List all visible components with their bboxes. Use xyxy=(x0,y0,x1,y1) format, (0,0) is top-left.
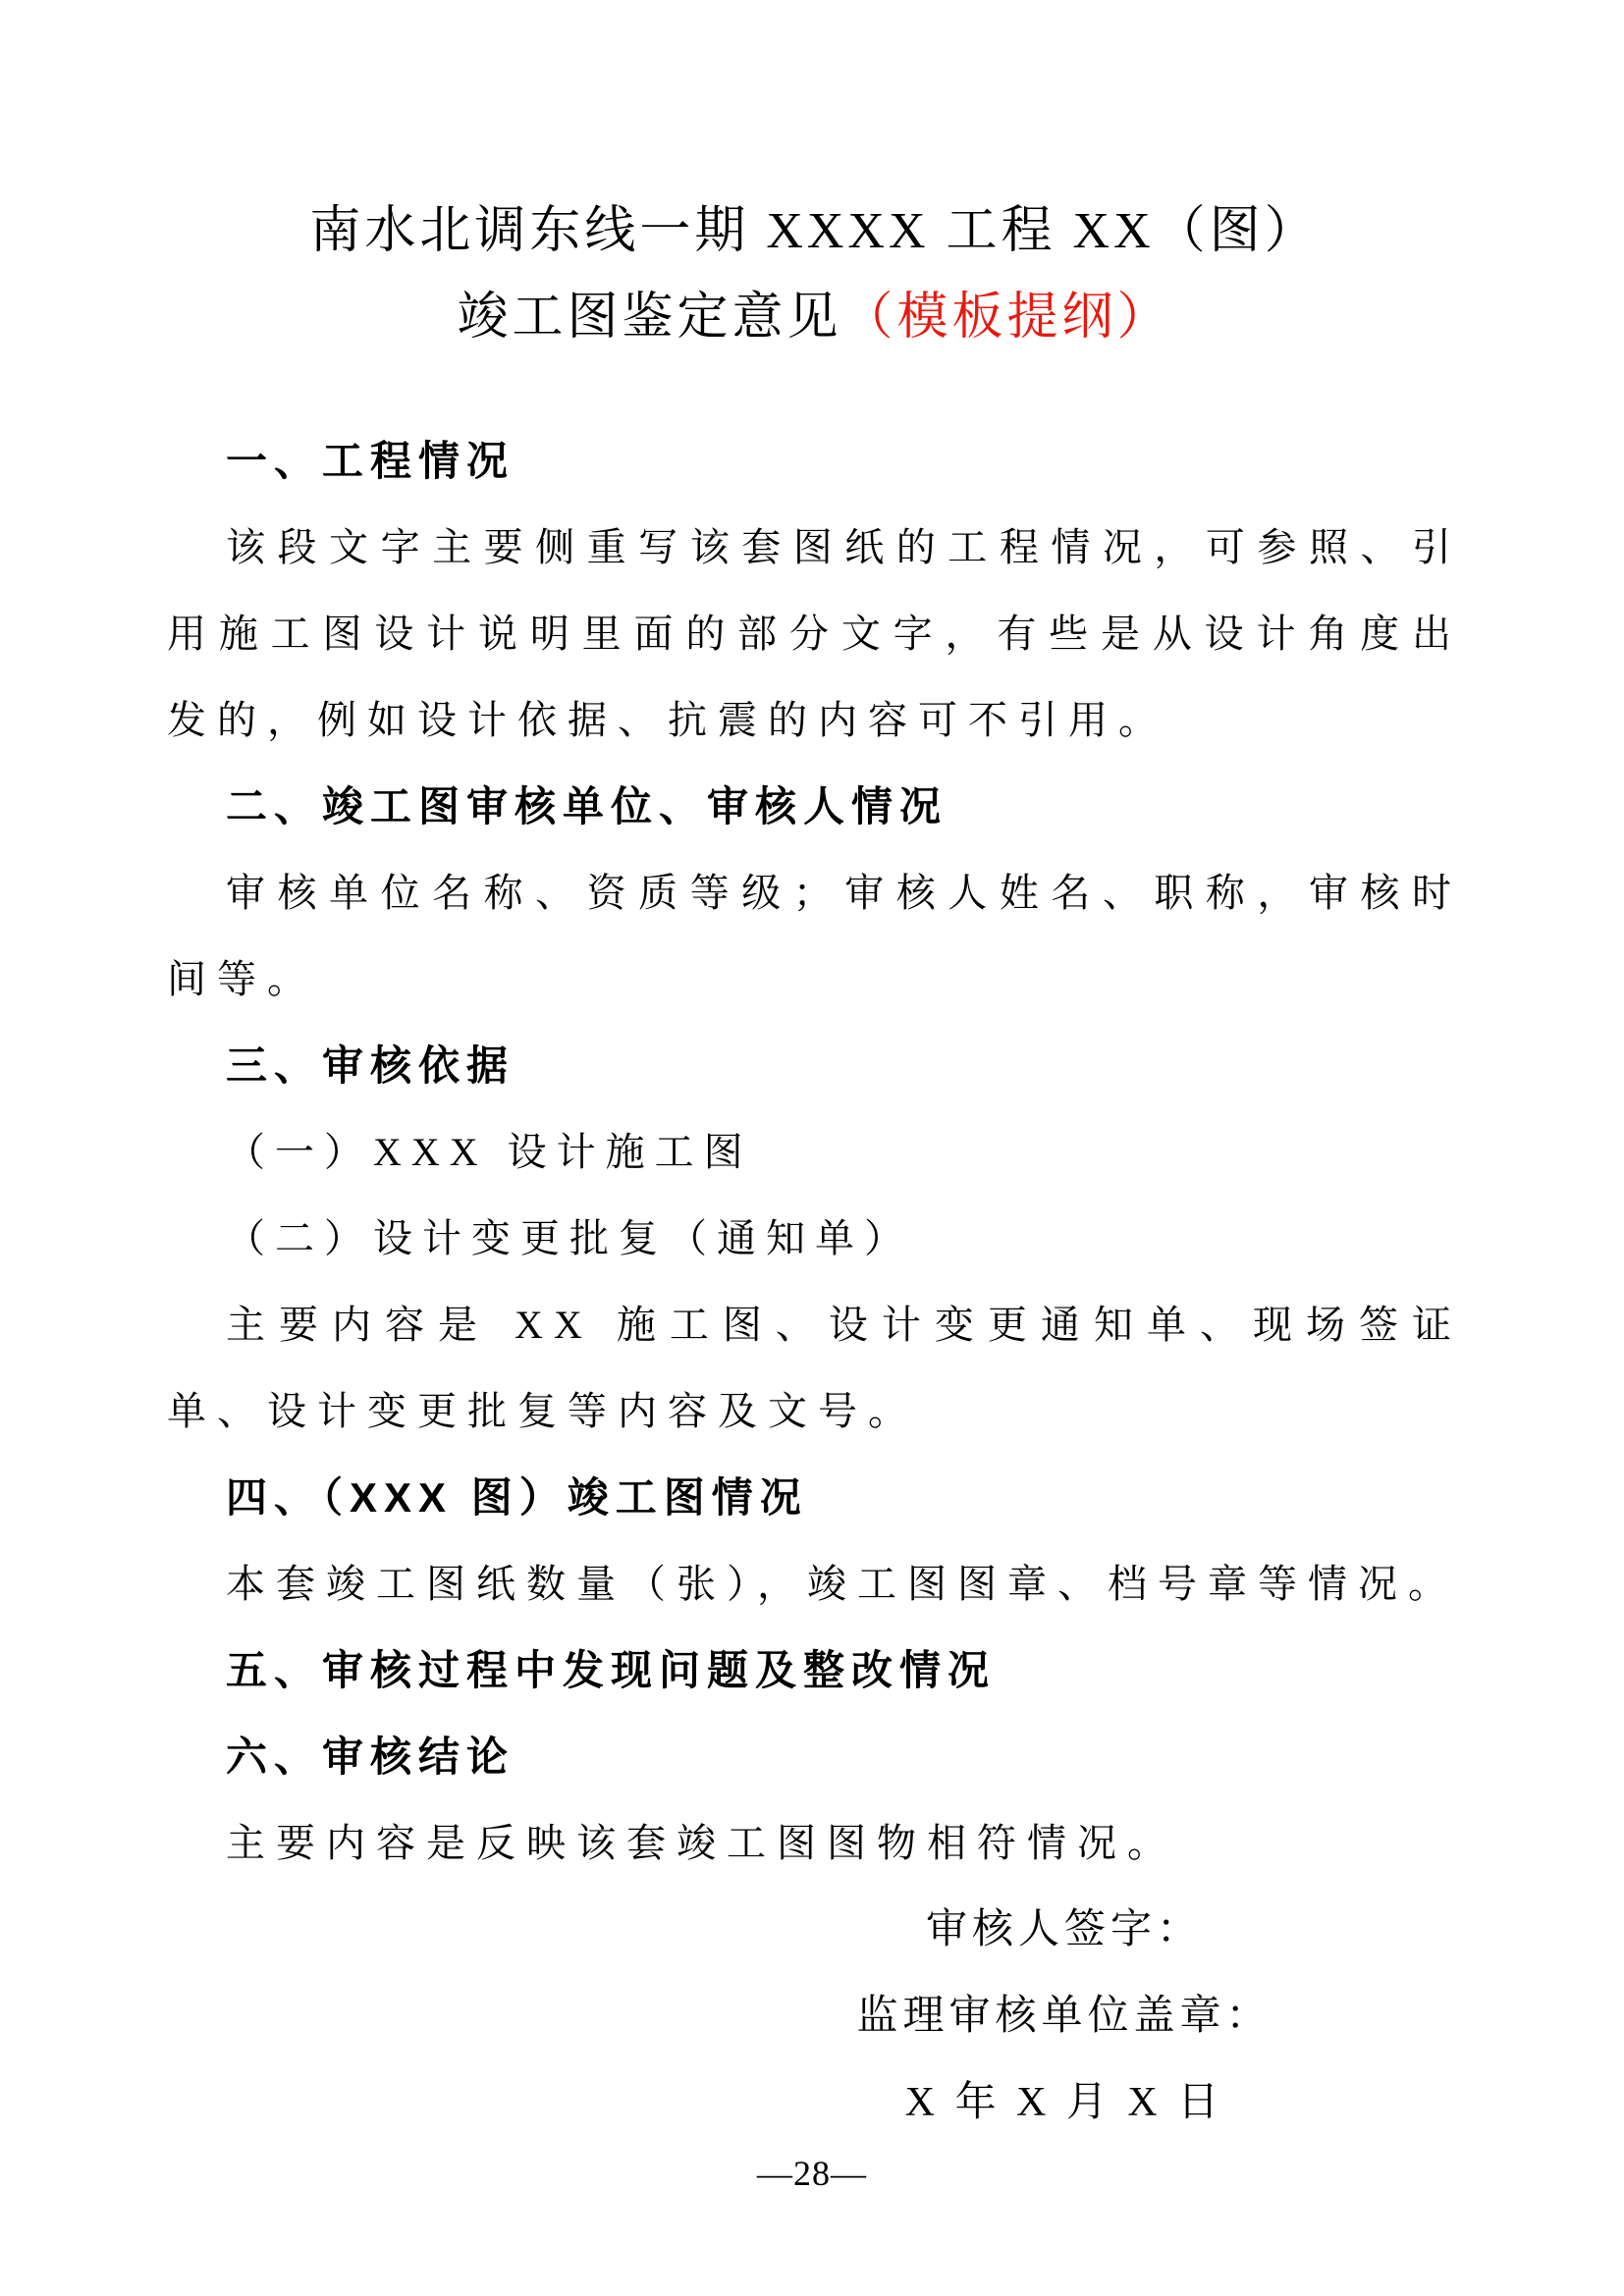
title-line-1: 南水北调东线一期 XXXX 工程 XX（图） xyxy=(167,188,1462,275)
page-number-footer: —28— xyxy=(0,2152,1624,2195)
section-heading-4: 四、（XXX 图）竣工图情况 xyxy=(167,1455,1462,1541)
paragraph-as-built-drawing-status: 本套竣工图纸数量（张），竣工图图章、档号章等情况。 xyxy=(167,1541,1462,1628)
document-title: 南水北调东线一期 XXXX 工程 XX（图） 竣工图鉴定意见（模板提纲） xyxy=(167,188,1462,361)
section-heading-1: 一、工程情况 xyxy=(167,418,1462,505)
section-heading-3: 三、审核依据 xyxy=(167,1023,1462,1109)
title-line-2-black: 竣工图鉴定意见 xyxy=(457,290,841,346)
title-line-2-red: （模板提纲） xyxy=(842,290,1172,346)
signature-line-reviewer: 审核人签字： xyxy=(760,1887,1369,1973)
section-heading-2: 二、竣工图审核单位、审核人情况 xyxy=(167,764,1462,850)
paragraph-review-unit: 审核单位名称、资质等级；审核人姓名、职称，审核时间等。 xyxy=(167,850,1462,1023)
signature-line-supervisor-seal: 监理审核单位盖章： xyxy=(760,1973,1369,2059)
section-heading-6: 六、审核结论 xyxy=(167,1714,1462,1800)
paragraph-project-overview: 该段文字主要侧重写该套图纸的工程情况，可参照、引用施工图设计说明里面的部分文字，… xyxy=(167,505,1462,764)
paragraph-main-content-documents: 主要内容是 XX 施工图、设计变更通知单、现场签证单、设计变更批复等内容及文号。 xyxy=(167,1282,1462,1455)
document-page: 南水北调东线一期 XXXX 工程 XX（图） 竣工图鉴定意见（模板提纲） 一、工… xyxy=(0,0,1624,2296)
signature-line-date: X 年 X 月 X 日 xyxy=(760,2059,1369,2146)
signature-block: 审核人签字： 监理审核单位盖章： X 年 X 月 X 日 xyxy=(760,1887,1369,2146)
section-heading-5: 五、审核过程中发现问题及整改情况 xyxy=(167,1628,1462,1714)
list-item-design-drawings: （一）XXX 设计施工图 xyxy=(167,1109,1462,1196)
paragraph-review-conclusion: 主要内容是反映该套竣工图图物相符情况。 xyxy=(167,1800,1462,1887)
title-line-2: 竣工图鉴定意见（模板提纲） xyxy=(167,275,1462,361)
list-item-design-change-approval: （二）设计变更批复（通知单） xyxy=(167,1196,1462,1282)
